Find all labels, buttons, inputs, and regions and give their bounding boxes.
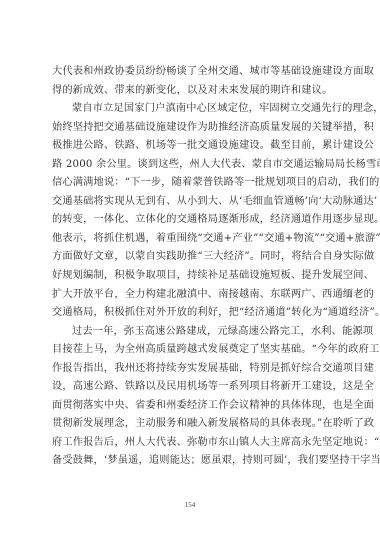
text-line: 大代表和州政协委员纷纷畅谈了全州交通、城市等基础设施建设方面取 — [52, 63, 332, 82]
text-line: 贯彻新发展理念，主动服务和融入新发展格局的具体表现。”在聆听了政 — [52, 415, 332, 434]
text-line: 面贯彻落实中央、省委和州委经济工作会议精神的具体体现，也是全面 — [52, 397, 332, 416]
text-line: 好规划编制，积极争取项目，持续补足基础设施短板、提升发展空间、 — [52, 267, 332, 286]
text-line: 作报告指出，我州还将持续夯实发展基础，特别是抓好综合交通项目建 — [52, 360, 332, 379]
page-number: 154 — [0, 501, 380, 509]
text-line: 扩大开放平台，全力构建北融滇中、南接越南、东联两广、西通缅老的 — [52, 286, 332, 305]
paragraph-1: 大代表和州政协委员纷纷畅谈了全州交通、城市等基础设施建设方面取 得的新成效、带来… — [52, 63, 332, 100]
paragraph-2: 蒙自市立足国家门户滇南中心区域定位，牢固树立交通先行的理念， 始终坚持把交通基础… — [52, 100, 332, 323]
text-line: 过去一年，弥玉高速公路建成，元绿高速公路完工，水利、能源项 — [52, 323, 332, 342]
text-line: 府工作报告后，州人大代表、弥勒市东山镇人大主席高永先坚定地说：“我 — [52, 434, 332, 453]
text-line: 备受鼓舞，‘梦虽遥，追则能达；愿虽艰，持则可圆’，我们要坚持干字当 — [52, 452, 332, 471]
text-line: 路 2000 余公里。谈到这些，州人大代表、蒙自市交通运输局局长杨雪萌 — [52, 156, 332, 175]
text-line: 交通格局，积极抓住对外开放的利好，把“经济通道”转化为“通道经济”。 — [52, 304, 332, 323]
text-line: 设，高速公路、铁路以及民用机场等一系列项目将新开工建设，这是全 — [52, 378, 332, 397]
document-page: 大代表和州政协委员纷纷畅谈了全州交通、城市等基础设施建设方面取 得的新成效、带来… — [0, 0, 380, 537]
text-line: 得的新成效、带来的新变化，以及对未来发展的期许和建议。 — [52, 82, 332, 101]
text-line: 蒙自市立足国家门户滇南中心区域定位，牢固树立交通先行的理念， — [52, 100, 332, 119]
text-line: 始终坚持把交通基础设施建设作为助推经济高质量发展的关键举措，积 — [52, 119, 332, 138]
text-line: 方面做好文章，以蒙自实践助推“三大经济”。同时，将结合自身实际做 — [52, 248, 332, 267]
text-line: 极推进公路、铁路、机场等一批交通设施建设。截至目前，累计建设公 — [52, 137, 332, 156]
body-text: 大代表和州政协委员纷纷畅谈了全州交通、城市等基础设施建设方面取 得的新成效、带来… — [52, 63, 332, 471]
text-line: 目接茬上马，为全州高质量跨越式发展奠定了坚实基础。“今年的政府工 — [52, 341, 332, 360]
paragraph-3: 过去一年，弥玉高速公路建成，元绿高速公路完工，水利、能源项 目接茬上马，为全州高… — [52, 323, 332, 471]
text-line: 交通基础将实现从无到有、从小到大、从‘毛细血管通畅’向‘大动脉通达’ — [52, 193, 332, 212]
text-line: 他表示，将抓住机遇，着重围绕“交通+产业”“交通+物流”“交通+旅游”等 — [52, 230, 332, 249]
text-line: 信心满满地说：“下一步，随着蒙普铁路等一批规划项目的启动，我们的 — [52, 174, 332, 193]
text-line: 的转变，一体化、立体化的交通格局逐渐形成，经济通道作用逐步显现。” — [52, 211, 332, 230]
